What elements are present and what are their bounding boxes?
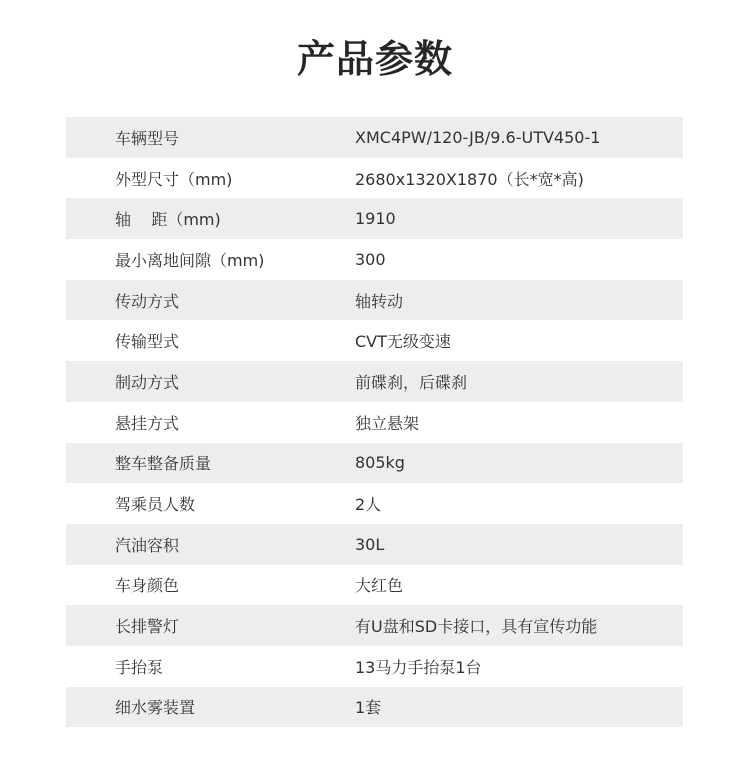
spec-row-curb-weight: 整车整备质量 805kg (66, 443, 683, 484)
spec-row-wheelbase: 轴 距（mm) 1910 (66, 198, 683, 239)
spec-row-drive-type: 传动方式 轴转动 (66, 280, 683, 321)
spec-row-model: 车辆型号 XMC4PW/120-JB/9.6-UTV450-1 (66, 117, 683, 158)
spec-row-portable-pump: 手抬泵 13马力手抬泵1台 (66, 646, 683, 687)
spec-row-transmission: 传输型式 CVT无级变速 (66, 320, 683, 361)
spec-label: 最小离地间隙（mm) (66, 248, 355, 271)
spec-value: 300 (355, 250, 683, 269)
spec-value: 805kg (355, 453, 683, 472)
spec-label: 悬挂方式 (66, 411, 355, 434)
spec-value: 轴转动 (355, 289, 683, 312)
spec-label: 整车整备质量 (66, 451, 355, 474)
spec-value: 2680x1320X1870（长*宽*高) (355, 167, 683, 190)
spec-value: 前碟刹，后碟刹 (355, 370, 683, 393)
spec-table: 车辆型号 XMC4PW/120-JB/9.6-UTV450-1 外型尺寸（mm)… (66, 117, 683, 727)
spec-row-fuel-capacity: 汽油容积 30L (66, 524, 683, 565)
spec-value: 1套 (355, 695, 683, 718)
spec-value: 1910 (355, 209, 683, 228)
spec-label: 车辆型号 (66, 126, 355, 149)
spec-row-suspension: 悬挂方式 独立悬架 (66, 402, 683, 443)
spec-row-brakes: 制动方式 前碟刹，后碟刹 (66, 361, 683, 402)
spec-row-light-bar: 长排警灯 有U盘和SD卡接口，具有宣传功能 (66, 605, 683, 646)
spec-row-water-mist: 细水雾装置 1套 (66, 687, 683, 728)
spec-value: 大红色 (355, 573, 683, 596)
spec-label: 汽油容积 (66, 533, 355, 556)
spec-row-dimensions: 外型尺寸（mm) 2680x1320X1870（长*宽*高) (66, 158, 683, 199)
page-title: 产品参数 (0, 33, 750, 85)
spec-value: 有U盘和SD卡接口，具有宣传功能 (355, 614, 683, 637)
spec-value: 独立悬架 (355, 411, 683, 434)
spec-label: 长排警灯 (66, 614, 355, 637)
spec-value: CVT无级变速 (355, 329, 683, 352)
spec-value: XMC4PW/120-JB/9.6-UTV450-1 (355, 128, 683, 147)
spec-label: 制动方式 (66, 370, 355, 393)
spec-label: 传动方式 (66, 289, 355, 312)
spec-row-ground-clearance: 最小离地间隙（mm) 300 (66, 239, 683, 280)
spec-value: 30L (355, 535, 683, 554)
spec-label: 传输型式 (66, 329, 355, 352)
spec-row-occupants: 驾乘员人数 2人 (66, 483, 683, 524)
spec-label: 驾乘员人数 (66, 492, 355, 515)
spec-row-body-color: 车身颜色 大红色 (66, 565, 683, 606)
spec-value: 13马力手抬泵1台 (355, 655, 683, 678)
spec-label: 轴 距（mm) (66, 207, 355, 230)
spec-value: 2人 (355, 492, 683, 515)
spec-label: 细水雾装置 (66, 695, 355, 718)
spec-label: 手抬泵 (66, 655, 355, 678)
spec-label: 车身颜色 (66, 573, 355, 596)
spec-label: 外型尺寸（mm) (66, 167, 355, 190)
